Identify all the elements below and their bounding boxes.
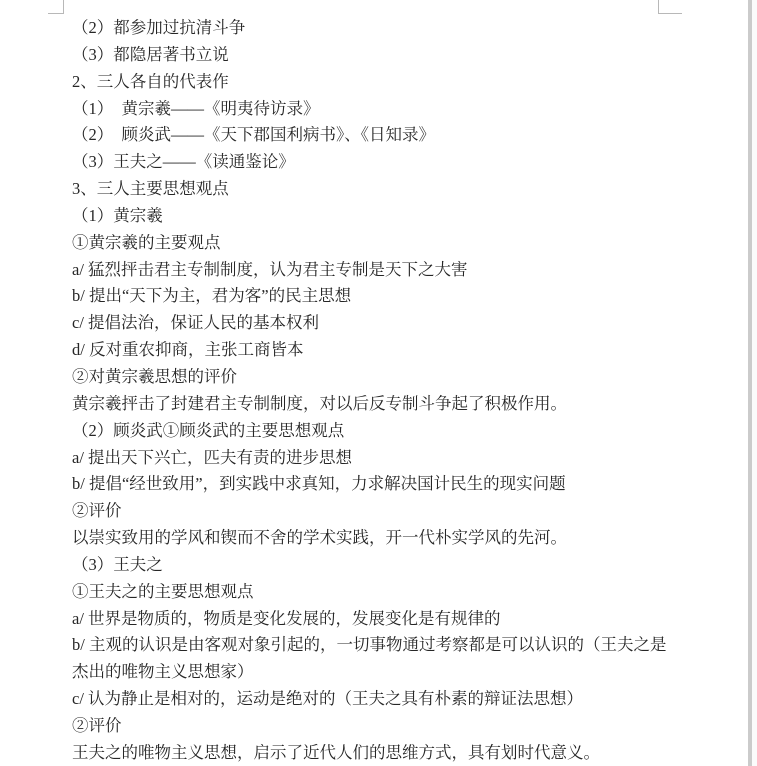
page-edge-outer (752, 0, 757, 766)
text-line: 黄宗羲抨击了封建君主专制制度，对以后反专制斗争起了积极作用。 (72, 391, 682, 418)
text-line: c/ 认为静止是相对的，运动是绝对的（王夫之具有朴素的辩证法思想） (72, 686, 682, 713)
text-line: b/ 提出“天下为主，君为客”的民主思想 (72, 283, 682, 310)
text-line: （3）王夫之 (72, 552, 682, 579)
text-line: c/ 提倡法治，保证人民的基本权利 (72, 310, 682, 337)
text-line: 杰出的唯物主义思想家） (72, 659, 682, 686)
text-line: ①黄宗羲的主要观点 (72, 230, 682, 257)
margin-mark-top-right (658, 0, 682, 14)
text-line: 王夫之的唯物主义思想，启示了近代人们的思维方式，具有划时代意义。 (72, 740, 682, 766)
text-line: b/ 提倡“经世致用”，到实践中求真知，力求解决国计民生的现实问题 (72, 471, 682, 498)
text-line: （1）黄宗羲 (72, 203, 682, 230)
text-line: （3）都隐居著书立说 (72, 42, 682, 69)
text-line: 以崇实致用的学风和锲而不舍的学术实践，开一代朴实学风的先河。 (72, 525, 682, 552)
text-line: ②评价 (72, 498, 682, 525)
text-line: d/ 反对重农抑商，主张工商皆本 (72, 337, 682, 364)
text-line: （2）顾炎武①顾炎武的主要思想观点 (72, 418, 682, 445)
text-line: ①王夫之的主要思想观点 (72, 579, 682, 606)
text-line: （1） 黄宗羲——《明夷待访录》 (72, 96, 682, 123)
text-line: ②对黄宗羲思想的评价 (72, 364, 682, 391)
text-line: 2、三人各自的代表作 (72, 69, 682, 96)
text-line: a/ 世界是物质的，物质是变化发展的，发展变化是有规律的 (72, 606, 682, 633)
text-line: b/ 主观的认识是由客观对象引起的，一切事物通过考察都是可以认识的（王夫之是 (72, 632, 682, 659)
text-line: （3）王夫之——《读通鉴论》 (72, 149, 682, 176)
text-line: a/ 提出天下兴亡，匹夫有责的进步思想 (72, 445, 682, 472)
margin-mark-top-left (48, 0, 64, 14)
text-line: （2）都参加过抗清斗争 (72, 15, 682, 42)
document-page: （2）都参加过抗清斗争（3）都隐居著书立说2、三人各自的代表作（1） 黄宗羲——… (0, 0, 757, 766)
text-line: 3、三人主要思想观点 (72, 176, 682, 203)
text-line: ②评价 (72, 713, 682, 740)
text-line: （2） 顾炎武——《天下郡国利病书》、《日知录》 (72, 122, 682, 149)
text-line: a/ 猛烈抨击君主专制制度，认为君主专制是天下之大害 (72, 257, 682, 284)
document-text: （2）都参加过抗清斗争（3）都隐居著书立说2、三人各自的代表作（1） 黄宗羲——… (72, 15, 682, 766)
